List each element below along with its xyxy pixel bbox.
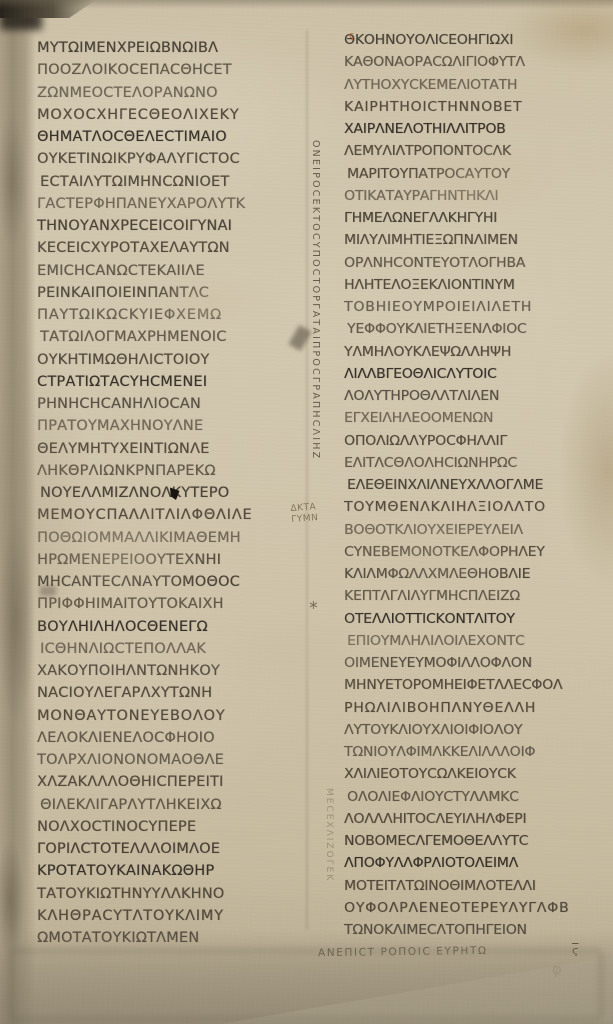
text-line: ΛΕΛΟΚΛΙΕΝΕΛΟϹΦΗΟΙΟ [37, 727, 305, 748]
asterisk-mark: ∗ [308, 598, 319, 613]
text-line: ΘΗΜΑΤΛΟϹΘΕΛΕϹΤΙΜΑΙΟ [37, 126, 305, 147]
text-line: ΒΟΥΛΗΙΛΗΛΟϹΘΕΝΕΓΩ [37, 616, 305, 637]
rubric-mark: ϛ [349, 31, 354, 41]
text-line: ΡΗΝΗϹΗϹΑΝΗΛΙΟϹΑΝ [37, 393, 305, 414]
text-line: ΗΡΩΜΕΝΕΡΕΙΟΟΥΤΕΧΝΗΙ [37, 549, 305, 570]
text-line: ΤΟΒΗΙΕΟΥΜΡΟΙΕΙΛΙΛΕΤΗ [344, 296, 608, 317]
text-line: ϹΥΝΕΒΕΜΟΝΟΤΚΕΛΦΟΡΗΛΕΥ [344, 541, 608, 562]
text-line: ΓΟΡΙΛϹΤΟΤΕΛΛΛΟΙΜΛΟΕ [37, 838, 305, 859]
text-line: ΟΤΕΛΛΙΟΤΤΙϹΚΟΝΤΛΙΤΟΥ [344, 608, 608, 629]
text-line: ΟΤΙΚΑΤΑΥΡΑΓΗΝΤΗΚΛΙ [344, 185, 608, 206]
text-line: ΗΛΗΤΕΛΟΞΕΚΛΙΟΝΤΙΝΥΜ [344, 274, 608, 295]
text-line: ΚΑΙΡΗΤΗΟΙϹΤΗΝΝΟΒΕΤ [344, 96, 608, 117]
text-line: ΚΛΗΘΡΑϹΥΤΛΤΟΥΚΛΙΜΥ [37, 905, 305, 926]
rectangular-stain [8, 948, 604, 1022]
text-line: ΓΗΜΕΛΩΝΕΓΛΛΚΗΓΥΗΙ [344, 207, 608, 228]
text-line: ΧΑΙΡΛΝΕΛΟΤΗΙΛΛΙΤΡΟΒ [344, 118, 608, 139]
text-line: ΜΑΡΙΤΟΥΠΑΤΡΟϹΑΥΤΟΥ [347, 163, 611, 184]
text-line: ΟΡΛΝΗϹΟΝΤΕΥΟΤΛΟΓΗΒΑ [344, 252, 608, 273]
right-text-column: ΘΚΟΗΝΟΥΟΛΙϹΕΟΗΓΙΩΧΙΚΑΘΟΝΑΟΡΑϹΩΛΙΓΙΟΦΥΤΛΛ… [344, 29, 608, 941]
text-line: ϹΤΡΑΤΙΩΤΑϹΥΗϹΜΕΝΕΙ [37, 371, 305, 392]
text-line: ΟΥΚΗΤΙΜΩΘΗΛΙϹΤΟΙΟΥ [37, 349, 305, 370]
text-line: ΛΗΚΘΡΛΙΩΝΚΡΝΠΑΡΕΚΩ [37, 460, 305, 481]
text-line: ΤΩΝΙΟΥΛΦΙΜΛΚΚΕΛΙΛΛΛΟΙΦ [344, 741, 608, 762]
dark-corner-patch [0, 0, 42, 30]
text-line: ΝΑϹΙΟΥΛΕΓΑΡΛΧΥΤΩΝΗ [37, 683, 305, 704]
text-line: ΛΕΜΥΛΙΛΤΡΟΠΟΝΤΟϹΛΚ [344, 141, 608, 162]
lower-gutter-note: ΜΕϹΕΧΛΙΖΟΓΕΚ [324, 788, 334, 948]
text-line: ΤΗΝΟΥΑΝΧΡΕϹΕΙϹΟΙΓΥΝΑΙ [37, 215, 305, 236]
text-line: ΩΜΟΤΑΤΟΥΚΙΩΤΛΜΕΝ [37, 927, 305, 948]
text-line: ΕΜΙϹΗϹΑΝΩϹΤΕΚΑΙΙΛΕ [37, 260, 305, 281]
text-line: ΡΕΙΝΚΑΙΠΟΙΕΙΝΠΑΝΤΛϹ [37, 282, 305, 303]
text-line: ΚΕϹΕΙϹΧΥΡΟΤΑΧΕΛΑΥΤΩΝ [37, 238, 305, 259]
text-line: ΕΛΙΤΛϹΘΛΟΛΗϹΙΩΝΗΡΩϹ [344, 452, 608, 473]
text-line: ΠΡΑΤΟΥΜΑΧΗΝΟΥΛΝΕ [37, 416, 305, 437]
gutter-note: ΔΚΤΑ ΓΥΜΝ [290, 502, 318, 526]
dark-top-edge [0, 0, 96, 18]
text-line: ΜΙΛΥΛΙΜΗΤΙΕΞΩΠΝΛΙΜΕΝ [344, 230, 608, 251]
top-edge-shading [0, 0, 613, 9]
text-line: ΠΟΟΖΛΟΙΚΟϹΕΠΑϹΘΗϹΕΤ [37, 60, 305, 81]
text-line: ΚΛΙΛΜΦΩΛΛΧΜΛΕΘΗΟΒΛΙΕ [344, 563, 608, 584]
manuscript-page: ΜΥΤΩΙΜΕΝΧΡΕΙΩΒΝΩΙΒΛΠΟΟΖΛΟΙΚΟϹΕΠΑϹΘΗϹΕΤΖΩ… [0, 0, 613, 1024]
quire-number: ϛ [572, 944, 578, 957]
text-line: ΜΕΜΟΥϹΠΑΛΛΙΤΛΙΛΦΘΛΙΛΕ [37, 505, 305, 526]
text-line: ΟΠΟΛΙΩΛΛΥΡΟϹΦΗΛΛΙΓ [344, 430, 608, 451]
text-line: ΚΕΠΤΛΓΛΙΛΥΓΜΗϹΠΛΕΙΖΩ [344, 586, 608, 607]
text-line: ΒΟΘΟΤΚΛΙΟΥΧΕΙΕΡΕΥΛΕΙΛ [344, 519, 608, 540]
text-line: ΥΛΜΗΛΟΥΚΛΕΨΩΛΛΗΨΗ [344, 341, 608, 362]
text-line: ΥΕΦΦΟΥΚΛΙΕΤΗΞΕΝΛΦΙΟϹ [347, 319, 611, 340]
text-line: ΚΑΘΟΝΑΟΡΑϹΩΛΙΓΙΟΦΥΤΛ [344, 52, 608, 73]
text-line: ΛΟΛΛΛΗΙΤΟϹΛΕΥΙΛΗΛΦΕΡΙ [344, 808, 608, 829]
text-line: ΖΩΝΜΕΟϹΤΕΛΟΡΑΝΩΝΟ [37, 82, 305, 103]
page-left-edge [0, 0, 36, 1024]
bottom-subscript-line: ΑΝΕΠΙϹΤ ΡΟΠΟΙϹ ΕΥΡΗΤΩ [318, 945, 488, 959]
text-line: ΛΙΛΛΒΓΕΟΘΛΙϹΛΥΤΟΙϹ [344, 363, 608, 384]
text-line: ΕΓΧΕΙΛΗΛΕΟΟΜΕΝΩΝ [344, 408, 608, 429]
text-line: ΜΗϹΑΝΤΕϹΛΝΑΥΤΟΜΟΘΟϹ [37, 571, 305, 592]
text-line: ΕΠΙΟΥΜΛΗΛΙΛΟΙΛΕΧΟΝΤϹ [347, 630, 611, 651]
text-line: ΜΟΝΘΑΥΤΟΝΕΥΕΒΟΛΟΥ [37, 705, 305, 726]
text-line: ΟΥΚΕΤΙΝΩΙΚΡΥΦΑΛΥΓΙϹΤΟϹ [37, 149, 305, 170]
text-line: ΠΑΥΤΩΙΚΩϹΚΥΙΕΦΧΕΜΩ [37, 304, 305, 325]
text-line: ΧΛΙΛΙΕΟΤΟΥϹΩΛΚΕΙΟΥϹΚ [344, 764, 608, 785]
text-line: ΛΠΟΦΥΛΛΦΡΛΙΟΤΟΛΕΙΜΛ [344, 853, 608, 874]
text-line: ΕϹΤΑΙΛΥΤΩΙΜΗΝϹΩΝΙΟΕΤ [40, 171, 308, 192]
text-line: ΝΟΒΟΜΕϹΛΓΕΜΟΘΕΛΛΥΤϹ [344, 830, 608, 851]
text-line: ΤΑΤΟΥΚΙΩΤΗΝΥΥΛΛΚΗΝΟ [37, 883, 305, 904]
text-line: ΙϹΘΗΝΛΙΩϹΤΕΠΟΛΛΑΚ [40, 638, 308, 659]
text-line: ΜΥΤΩΙΜΕΝΧΡΕΙΩΒΝΩΙΒΛ [37, 37, 305, 58]
text-line: ΓΑϹΤΕΡΦΗΠΑΝΕΥΧΑΡΟΛΥΤΚ [37, 193, 305, 214]
text-line: ΘΕΛΥΜΗΤΥΧΕΙΝΤΙΩΝΛΕ [37, 438, 305, 459]
text-line: ΟΥΦΟΛΡΛΕΝΕΟΤΕΡΕΥΛΥΓΛΦΒ [344, 897, 608, 918]
text-line: ΜΟΧΟϹΧΗΓΕϹΘΕΟΛΙΧΕΚΥ [37, 104, 305, 125]
text-line: ΡΗΩΛΙΛΙΒΟΗΠΛΝΥΘΕΛΛΗ [344, 697, 608, 718]
text-line: ΜΟΤΕΙΤΛΤΩΙΝΟΘΙΜΛΟΤΕΛΛΙ [344, 875, 608, 896]
text-line: ΝΟΛΧΟϹΤΙΝΟϹΥΠΕΡΕ [37, 816, 305, 837]
text-line: ΕΛΕΘΕΙΝΧΛΙΛΝΕΥΧΛΛΟΓΛΜΕ [347, 474, 611, 495]
text-line: ΘΙΛΕΚΛΙΓΑΡΛΥΤΛΗΚΕΙΧΩ [40, 794, 308, 815]
text-line: ΤΩΝΟΚΛΙΜΕϹΛΤΟΠΗΓΕΙΟΝ [344, 919, 608, 940]
text-line: ΠΟΘΩΙΟΜΜΑΛΛΙΚΙΜΑΘΕΜΗ [37, 527, 305, 548]
ink-smudge [40, 586, 56, 596]
gutter-vertical-note: ΟΝΕΙΡΟϹΕΚΤΟϹΥΠΟϹΤΟΡΓΑΤΑΙΠΡΟϹΓΡΑΠΗϹΛΙΗΖ [310, 140, 321, 475]
text-line: ΠΡΙΦΦΗΙΜΑΙΤΟΥΤΟΚΑΙΧΗ [37, 594, 305, 615]
text-line: ΤΟΛΡΧΛΙΟΝΟΝΟΜΑΟΘΛΕ [37, 749, 305, 770]
gutter-note-line2: ΓΥΜΝ [291, 513, 319, 526]
text-line: ΚΡΟΤΑΤΟΥΚΑΙΝΑΚΩΘΗΡ [37, 861, 305, 882]
text-line: ΜΗΝΥΕΤΟΡΟΜΗΕΙΦΕΤΛΛΕϹΦΟΛ [344, 675, 608, 696]
text-line: ΧΑΚΟΥΠΟΙΗΛΝΤΩΝΗΚΟΥ [37, 660, 305, 681]
text-line: ΛΥΤΟΥΚΛΙΟΥΧΛΙΟΙΦΙΟΛΟΥ [344, 719, 608, 740]
text-line: ΤΟΥΜΘΕΝΛΚΛΙΗΛΞΙΟΛΛΤΟ [344, 497, 608, 518]
text-line: ΟΙΜΕΝΕΥΕΥΜΟΦΙΛΛΟΦΛΟΝ [344, 652, 608, 673]
text-line: ΛΟΛΥΤΗΡΟΘΛΛΤΛΙΛΕΝ [344, 385, 608, 406]
text-line: ΘΚΟΗΝΟΥΟΛΙϹΕΟΗΓΙΩΧΙ [344, 29, 608, 50]
text-line: ΟΛΟΛΙΕΦΛΙΟΥϹΤΥΛΛΜΚϹ [347, 786, 611, 807]
text-line: ΧΛΖΑΚΛΛΛΟΘΗΙϹΠΕΡΕΙΤΙ [37, 772, 305, 793]
text-line: ΛΥΤΗΟΧΥϹΚΕΜΕΛΙΟΤΑΤΗ [344, 74, 608, 95]
text-line: ΤΑΤΩΙΛΟΓΜΑΧΡΗΜΕΝΟΙϹ [40, 327, 308, 348]
faint-pen-mark: φ [550, 959, 563, 979]
